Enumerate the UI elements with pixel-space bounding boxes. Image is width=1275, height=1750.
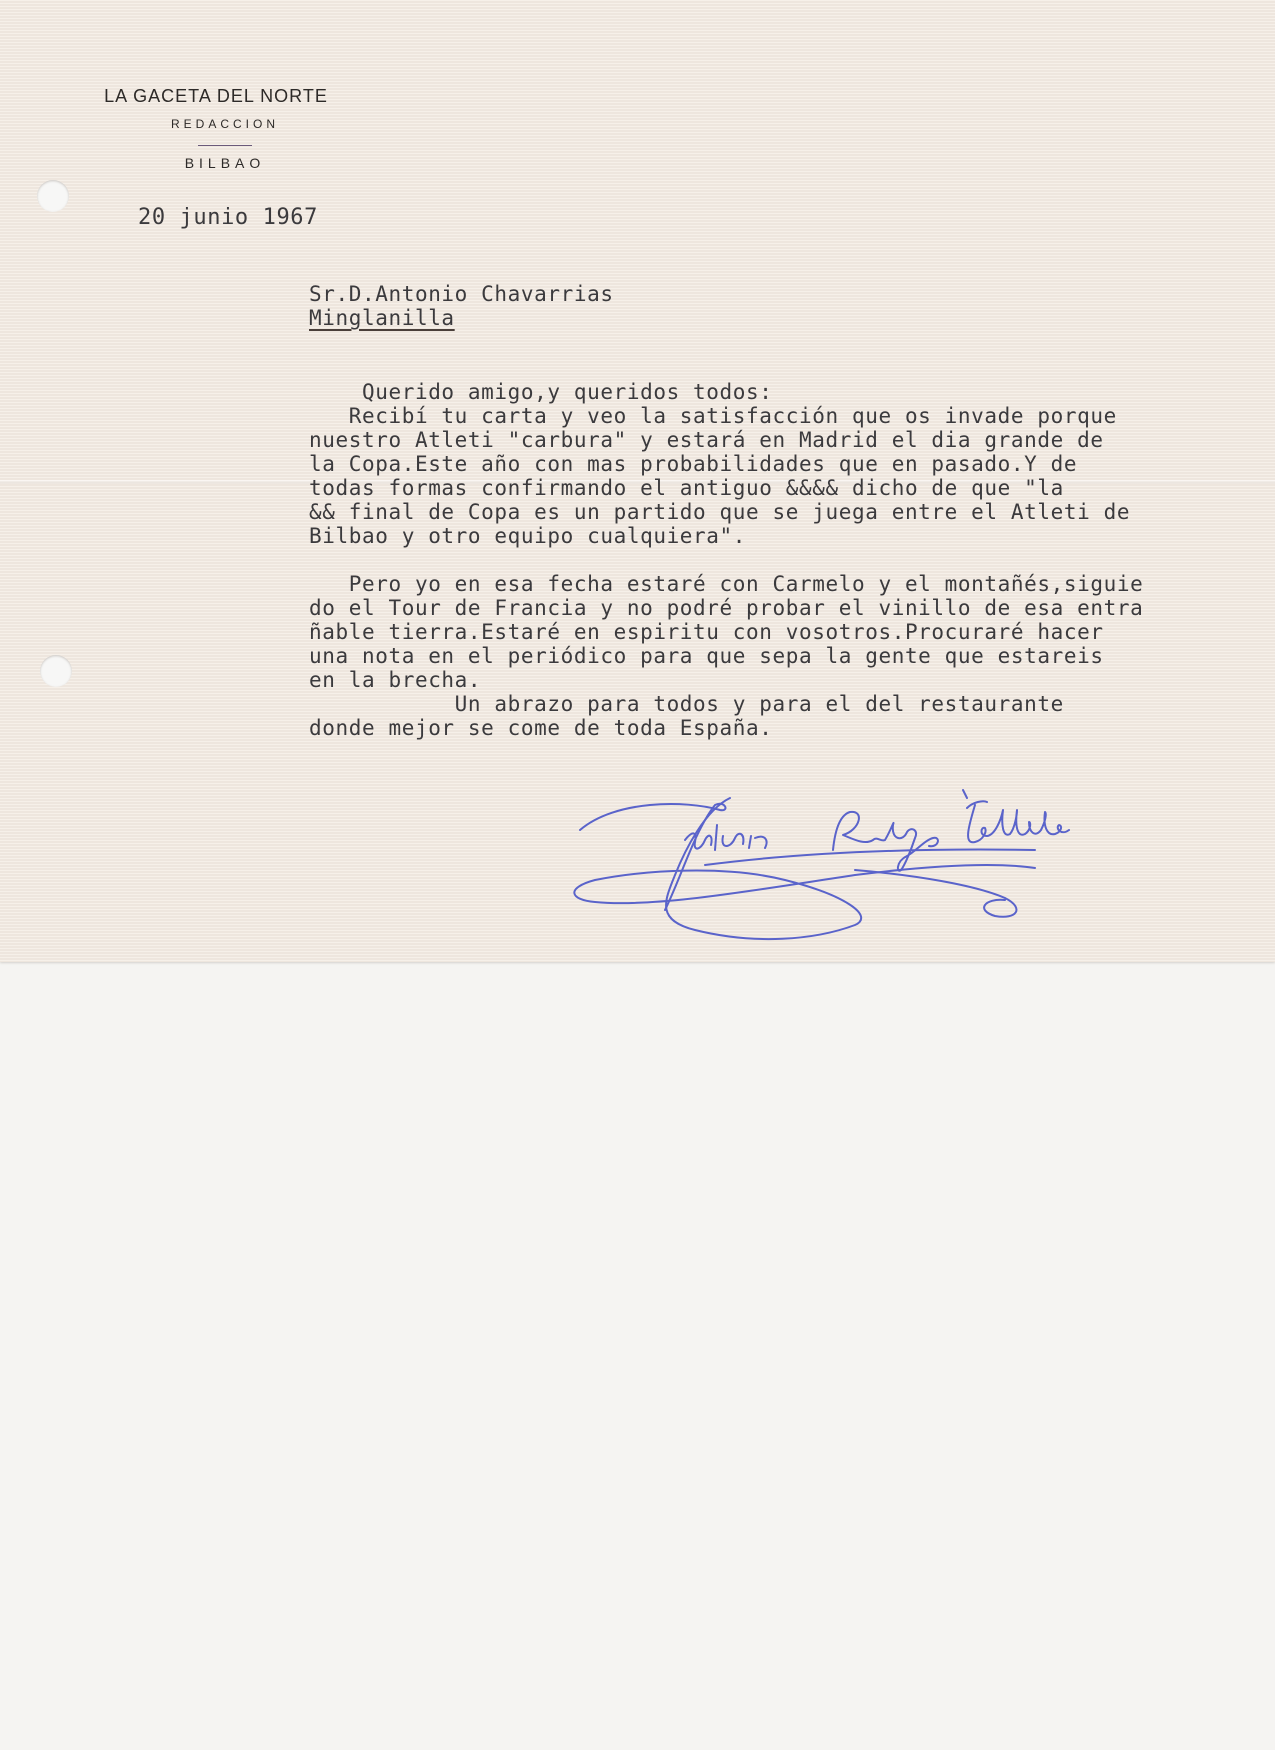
body-line: Bilbao y otro equipo cualquiera". (309, 524, 1143, 548)
body-line: una nota en el periódico para que sepa l… (309, 644, 1143, 668)
body-line: nuestro Atleti "carbura" y estará en Mad… (309, 428, 1143, 452)
closing-line: Un abrazo para todos y para el del resta… (309, 692, 1143, 716)
letterhead: LA GACETA DEL NORTE REDACCION BILBAO (90, 86, 360, 171)
newspaper-name: LA GACETA DEL NORTE (72, 86, 360, 107)
department-label: REDACCION (90, 117, 360, 131)
letter-body: Querido amigo,y queridos todos: Recibí t… (309, 380, 1143, 740)
signature-icon (555, 770, 1155, 950)
recipient-place: Minglanilla (309, 306, 455, 330)
recipient-name: Sr.D.Antonio Chavarrias (309, 282, 614, 306)
letter-date: 20 junio 1967 (138, 206, 318, 230)
salutation: Querido amigo,y queridos todos: (309, 380, 1143, 404)
body-line: ñable tierra.Estaré en espiritu con voso… (309, 620, 1143, 644)
letter-sheet: LA GACETA DEL NORTE REDACCION BILBAO 20 … (0, 0, 1275, 962)
city-label: BILBAO (90, 155, 360, 171)
body-line: Pero yo en esa fecha estaré con Carmelo … (309, 572, 1143, 596)
body-line: do el Tour de Francia y no podré probar … (309, 596, 1143, 620)
body-line: en la brecha. (309, 668, 1143, 692)
handwritten-signature (555, 770, 1155, 950)
body-line: todas formas confirmando el antiguo &&&&… (309, 476, 1143, 500)
closing-line: donde mejor se come de toda España. (309, 716, 1143, 740)
punch-hole-top (37, 180, 69, 212)
letterhead-divider (198, 145, 252, 146)
body-line: la Copa.Este año con mas probabilidades … (309, 452, 1143, 476)
punch-hole-bottom (40, 655, 72, 687)
body-line: Recibí tu carta y veo la satisfacción qu… (309, 404, 1143, 428)
paragraph-gap (309, 548, 1143, 572)
body-line: && final de Copa es un partido que se ju… (309, 500, 1143, 524)
